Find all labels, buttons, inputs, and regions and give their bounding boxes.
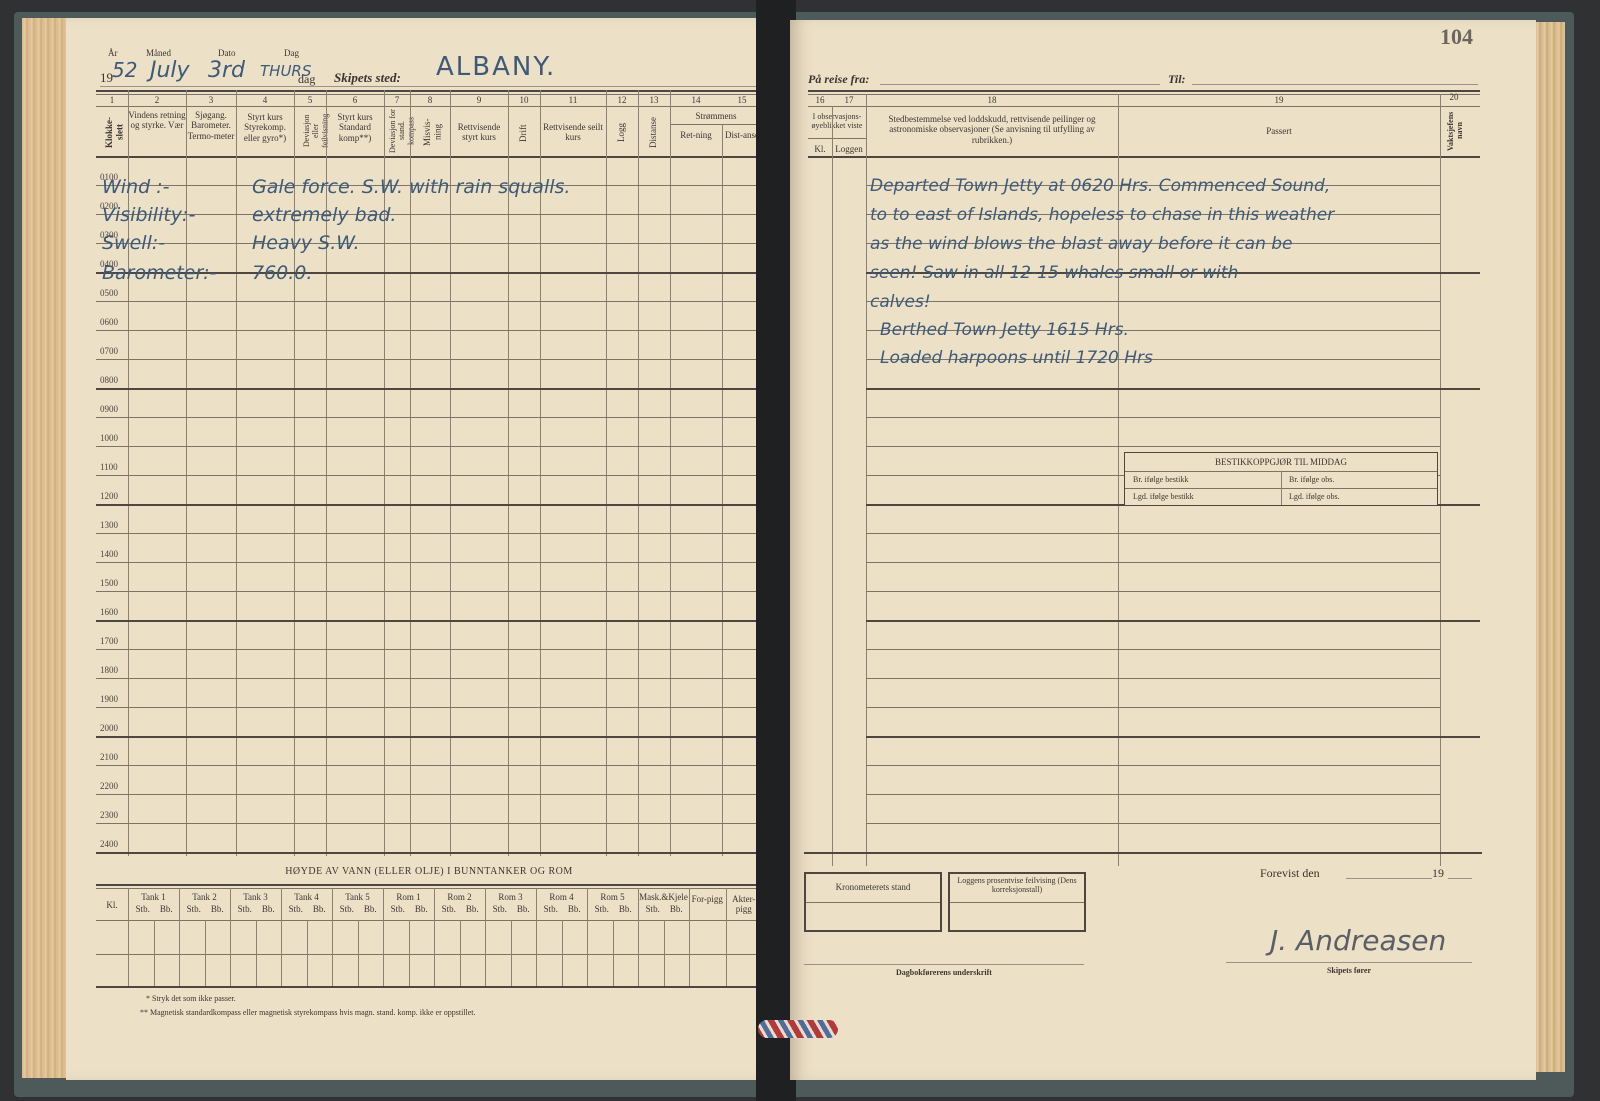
grid-line [128, 888, 129, 986]
row-line [96, 823, 762, 824]
from-line [880, 84, 1160, 85]
grid-line [410, 90, 411, 856]
row-line [866, 591, 1440, 592]
grid-line [540, 90, 541, 856]
chronometer-label: Kronometerets stand [806, 882, 940, 892]
entry-wind-value: Gale force. S.W. with rain squalls. [252, 176, 570, 198]
rule [96, 986, 762, 988]
col-num: 2 [128, 95, 186, 105]
tank-bb-label: Bb. [562, 904, 588, 914]
note-line-6: Berthed Town Jetty 1615 Hrs. [880, 320, 1129, 340]
time-label: 1600 [100, 607, 130, 617]
col-header-current: Strømmens [670, 111, 762, 121]
grid-line [409, 920, 410, 986]
time-label: 2400 [100, 839, 130, 849]
grid-line [722, 124, 723, 856]
month-label: Måned [146, 48, 171, 58]
grid-line [536, 888, 537, 986]
time-label: 1800 [100, 665, 130, 675]
forevist-year-line [1448, 878, 1472, 879]
lgd-obs: Lgd. ifølge obs. [1289, 492, 1340, 501]
col-num: 9 [450, 95, 508, 105]
tank-group-label: Rom 4 [536, 892, 587, 902]
diary-signature-label: Dagbokførerens underskrift [804, 968, 1084, 977]
rule [804, 852, 1482, 854]
date-label: Dato [218, 48, 236, 58]
col-header-distance: Distanse [648, 114, 658, 152]
rule [808, 90, 1480, 92]
entry-visibility-label: Visibility:- [102, 204, 195, 226]
col-header-current-direction: Ret-ning [670, 130, 722, 140]
row-line [96, 707, 762, 708]
row-line [866, 388, 1480, 390]
bestikk-title: BESTIKKOPPGJØR TIL MIDDAG [1125, 457, 1437, 467]
tank-bb-label: Bb. [256, 904, 282, 914]
row-line [866, 707, 1440, 708]
col-num: 16 [808, 95, 832, 105]
tank-group-label: Rom 1 [383, 892, 434, 902]
row-line [96, 533, 762, 534]
rule [808, 138, 866, 139]
log-error-label: Loggens prosentvise feilvising (Dens kor… [950, 876, 1084, 894]
tank-bb-label: Bb. [613, 904, 639, 914]
grid-line [205, 920, 206, 986]
col-num: 3 [186, 95, 236, 105]
grid-line [1440, 94, 1441, 866]
col-header-time: Klokke-slett [104, 112, 125, 152]
row-line [96, 736, 762, 738]
col-header-watch-officer: Vaktsjefens navn [1446, 108, 1464, 154]
grid-line [281, 888, 282, 986]
col-header-dev-standard: Deviasjon for stand. kompass [388, 108, 416, 154]
col-header-log: Logg [616, 118, 626, 148]
forevist-line [1346, 878, 1432, 879]
col-num: 1 [96, 95, 128, 105]
row-line [96, 301, 762, 302]
grid-line [638, 90, 639, 856]
row-line [96, 765, 762, 766]
row-line [866, 562, 1440, 563]
entry-wind-label: Wind :- [102, 176, 169, 198]
col-num: 6 [326, 95, 384, 105]
grid-line [587, 888, 588, 986]
grid-line [638, 888, 639, 986]
time-label: 0500 [100, 288, 130, 298]
grid-line [332, 888, 333, 986]
col-header-drift: Drift [518, 118, 528, 148]
grid-line [256, 920, 257, 986]
row-line [866, 446, 1440, 447]
time-label: 1000 [100, 433, 130, 443]
tanks-kl: Kl. [96, 900, 128, 910]
col-header-sea: Sjøgang. Barometer. Termo-meter [186, 110, 236, 141]
grid-line [358, 920, 359, 986]
col-header-steered: Styrt kurs Styrekomp. eller gyro*) [236, 112, 294, 143]
rule [96, 884, 762, 886]
location-value: ALBANY. [436, 52, 556, 82]
entry-barometer-label: Barometer:- [102, 262, 217, 284]
col-num: 19 [1118, 95, 1440, 105]
time-label: 1300 [100, 520, 130, 530]
entry-barometer-value: 760.0. [252, 262, 312, 284]
time-label: 1100 [100, 462, 130, 472]
tank-group-label: Tank 1 [128, 892, 179, 902]
col-header-standard: Styrt kurs Standard komp**) [326, 112, 384, 143]
row-line [96, 504, 762, 506]
rule [950, 902, 1084, 903]
year-value: 52 [112, 58, 137, 82]
grid-line [613, 920, 614, 986]
row-line [96, 620, 762, 622]
page-stack-left [22, 18, 68, 1078]
col-num: 11 [540, 95, 606, 105]
rule [96, 90, 762, 92]
tank-stb-label: Stb. [640, 904, 666, 914]
col-num: 7 [384, 95, 410, 105]
captain-signature-line [1226, 962, 1472, 963]
row-line [866, 823, 1440, 824]
lgd-bestikk: Lgd. ifølge bestikk [1133, 492, 1194, 501]
note-line-3: as the wind blows the blast away before … [870, 234, 1293, 254]
col-num: 17 [832, 95, 866, 105]
time-label: 0700 [100, 346, 130, 356]
grid-line [460, 920, 461, 986]
rule [808, 106, 1480, 107]
rule [96, 954, 762, 955]
rule [806, 902, 940, 903]
col-header-passert: Passert [1118, 126, 1440, 136]
right-page: 104 På reise fra: Til: 16 17 18 19 20 I … [790, 20, 1536, 1080]
tank-stb-label: Stb. [385, 904, 411, 914]
col-header-true-sailed: Rettvisende seilt kurs [540, 122, 606, 143]
tank-group-label: Tank 3 [230, 892, 281, 902]
row-line [96, 678, 762, 679]
tank-group-label: Rom 3 [485, 892, 536, 902]
tank-bb-label: Bb. [409, 904, 435, 914]
col-header-wind: Vindens retning og styrke. Vær [128, 110, 186, 131]
tank-stb-label: Stb. [232, 904, 258, 914]
col-header-position: Stedbestemmelse ved loddskudd, rettvisen… [876, 114, 1108, 145]
col-header-loggen: Loggen [832, 144, 866, 154]
captain-label: Skipets fører [1226, 966, 1472, 975]
row-line [96, 243, 762, 244]
col-num: 4 [236, 95, 294, 105]
time-label: 1200 [100, 491, 130, 501]
tank-bb-label: Bb. [664, 904, 690, 914]
obs-header: I observasjons-øyeblikket viste [808, 112, 866, 130]
tanks-title: HØYDE AV VANN (ELLER OLJE) I BUNNTANKER … [96, 866, 762, 878]
tank-group-label: Rom 5 [587, 892, 638, 902]
month-value: July [150, 58, 190, 83]
col-header-kl: Kl. [808, 144, 832, 154]
col-num: 12 [606, 95, 638, 105]
col-num: 14 [670, 95, 722, 105]
chronometer-box: Kronometerets stand [804, 872, 942, 932]
time-label: 2100 [100, 752, 130, 762]
row-line [96, 446, 762, 447]
time-label: 2200 [100, 781, 130, 791]
time-label: 1700 [100, 636, 130, 646]
row-line [96, 852, 762, 854]
tank-extra-label: For-pigg [689, 894, 726, 904]
time-label: 0800 [100, 375, 130, 385]
row-line [96, 794, 762, 795]
grid-line [154, 920, 155, 986]
row-line [96, 359, 762, 360]
note-line-5: calves! [870, 292, 931, 312]
time-label: 0900 [100, 404, 130, 414]
note-line-1: Departed Town Jetty at 0620 Hrs. Commenc… [870, 176, 1330, 196]
grid-line [230, 888, 231, 986]
rule [96, 920, 762, 921]
grid-line [179, 888, 180, 986]
col-num: 10 [508, 95, 540, 105]
tank-stb-label: Stb. [589, 904, 615, 914]
row-line [866, 765, 1440, 766]
grid-line [511, 920, 512, 986]
grid-line [664, 920, 665, 986]
log-error-box: Loggens prosentvise feilvising (Dens kor… [948, 872, 1086, 932]
grid-line [450, 90, 451, 856]
grid-line [307, 920, 308, 986]
tank-group-label: Rom 2 [434, 892, 485, 902]
forevist-year: 19 [1432, 866, 1444, 881]
row-line [96, 591, 762, 592]
rule [96, 156, 762, 158]
col-num: 20 [1440, 92, 1468, 102]
footnote-1: * Stryk det som ikke passer. [146, 994, 236, 1003]
row-line [866, 678, 1440, 679]
grid-line [434, 888, 435, 986]
row-line [866, 649, 1440, 650]
row-line [96, 649, 762, 650]
col-num: 18 [866, 95, 1118, 105]
row-line [866, 417, 1440, 418]
br-obs: Br. ifølge obs. [1289, 475, 1334, 484]
year-label: År [108, 48, 118, 58]
grid-line [606, 90, 607, 856]
tank-group-label: Mask.&Kjele [638, 892, 689, 902]
grid-line [832, 106, 833, 866]
br-bestikk: Br. ifølge bestikk [1133, 475, 1188, 484]
time-label: 1900 [100, 694, 130, 704]
tank-bb-label: Bb. [460, 904, 486, 914]
col-num: 5 [294, 95, 326, 105]
grid-line [670, 90, 671, 856]
tank-bb-label: Bb. [511, 904, 537, 914]
row-line [96, 475, 762, 476]
tank-stb-label: Stb. [130, 904, 156, 914]
tank-group-label: Tank 4 [281, 892, 332, 902]
row-line [866, 736, 1480, 738]
rule [670, 124, 762, 125]
grid-line [485, 888, 486, 986]
captain-signature: J. Andreasen [1270, 924, 1446, 957]
to-line [1192, 84, 1478, 85]
tank-stb-label: Stb. [283, 904, 309, 914]
entry-visibility-value: extremely bad. [252, 204, 396, 226]
time-label: 2000 [100, 723, 130, 733]
col-header-true-course: Rettvisende styrt kurs [450, 122, 508, 143]
binding-cord [758, 1020, 838, 1038]
row-line [866, 794, 1440, 795]
tank-bb-label: Bb. [307, 904, 333, 914]
grid-line [866, 94, 867, 866]
row-line [96, 214, 762, 215]
footnote-2: ** Magnetisk standardkompass eller magne… [140, 1008, 476, 1017]
row-line [96, 330, 762, 331]
col-num: 13 [638, 95, 670, 105]
tank-stb-label: Stb. [538, 904, 564, 914]
tank-bb-label: Bb. [358, 904, 384, 914]
page-stack-right [1535, 22, 1565, 1072]
tank-stb-label: Stb. [334, 904, 360, 914]
grid-line [383, 888, 384, 986]
time-label: 1500 [100, 578, 130, 588]
location-label: Skipets sted: [334, 70, 401, 86]
time-label: 2300 [100, 810, 130, 820]
note-line-2: to to east of Islands, hopeless to chase… [870, 205, 1334, 225]
tank-stb-label: Stb. [181, 904, 207, 914]
tank-group-label: Tank 5 [332, 892, 383, 902]
entry-swell-value: Heavy S.W. [252, 232, 360, 254]
row-line [866, 301, 1440, 302]
day-label: Dag [284, 48, 299, 58]
tank-bb-label: Bb. [154, 904, 180, 914]
from-label: På reise fra: [808, 72, 869, 87]
tank-bb-label: Bb. [205, 904, 231, 914]
time-label: 1400 [100, 549, 130, 559]
row-line [866, 620, 1480, 622]
time-label: 0600 [100, 317, 130, 327]
header-underline [100, 86, 760, 87]
note-line-4: seen! Saw in all 12-15 whales small or w… [870, 263, 1238, 283]
row-line [96, 388, 762, 390]
tank-group-label: Tank 2 [179, 892, 230, 902]
bestikk-box: BESTIKKOPPGJØR TIL MIDDAG Br. ifølge bes… [1124, 452, 1438, 506]
diary-signature-line [804, 964, 1084, 965]
grid-line [508, 90, 509, 856]
date-value: 3rd [208, 58, 245, 83]
rule [96, 888, 762, 889]
left-page: År Måned Dato Dag 19 52 July 3rd THURS d… [66, 18, 782, 1080]
grid-line [236, 90, 237, 856]
note-line-7: Loaded harpoons until 1720 Hrs [880, 348, 1153, 368]
rule [96, 106, 762, 107]
col-num: 8 [410, 95, 450, 105]
to-label: Til: [1168, 72, 1186, 87]
row-line [96, 562, 762, 563]
col-header-variation: Misvis-ning [422, 112, 443, 152]
page-number: 104 [1440, 24, 1473, 50]
tank-stb-label: Stb. [436, 904, 462, 914]
grid-line [562, 920, 563, 986]
row-line [866, 533, 1440, 534]
forevist-label: Forevist den [1260, 866, 1320, 881]
day-suffix: dag [298, 72, 315, 87]
tank-stb-label: Stb. [487, 904, 513, 914]
rule [808, 156, 1480, 158]
grid-line [1281, 471, 1282, 505]
row-line [96, 417, 762, 418]
entry-swell-label: Swell:- [102, 232, 165, 254]
